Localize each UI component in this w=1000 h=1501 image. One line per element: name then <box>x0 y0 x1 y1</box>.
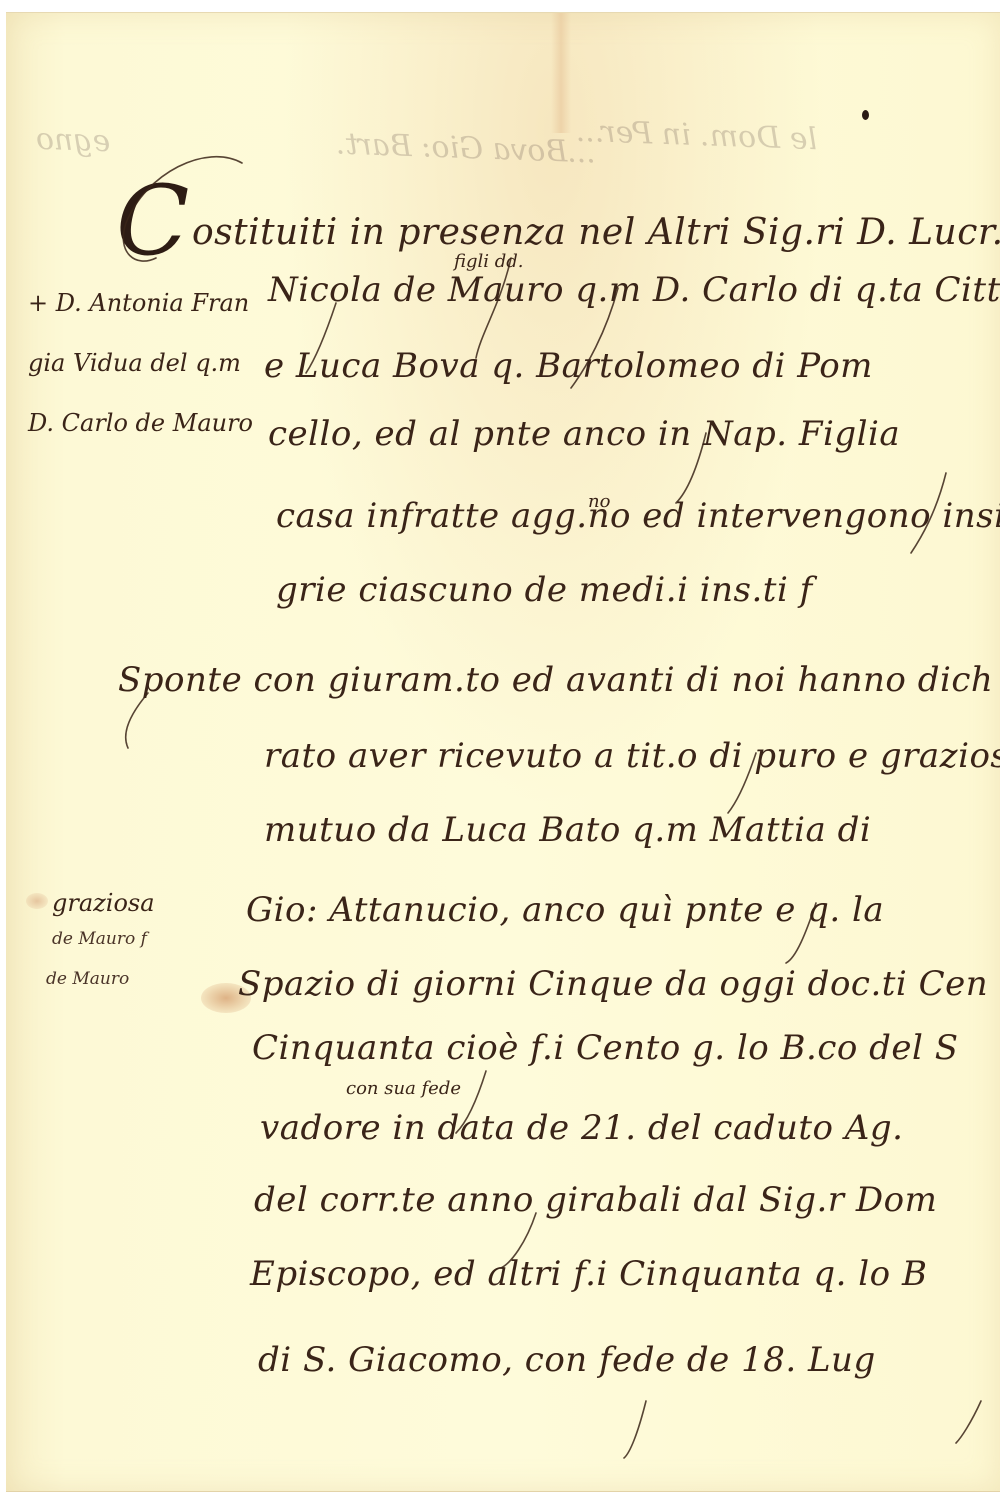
manuscript-page: egno ...Bova Gio: Bart. le Dom. in Per..… <box>6 12 1000 1492</box>
pen-flourishes <box>6 13 1000 1491</box>
